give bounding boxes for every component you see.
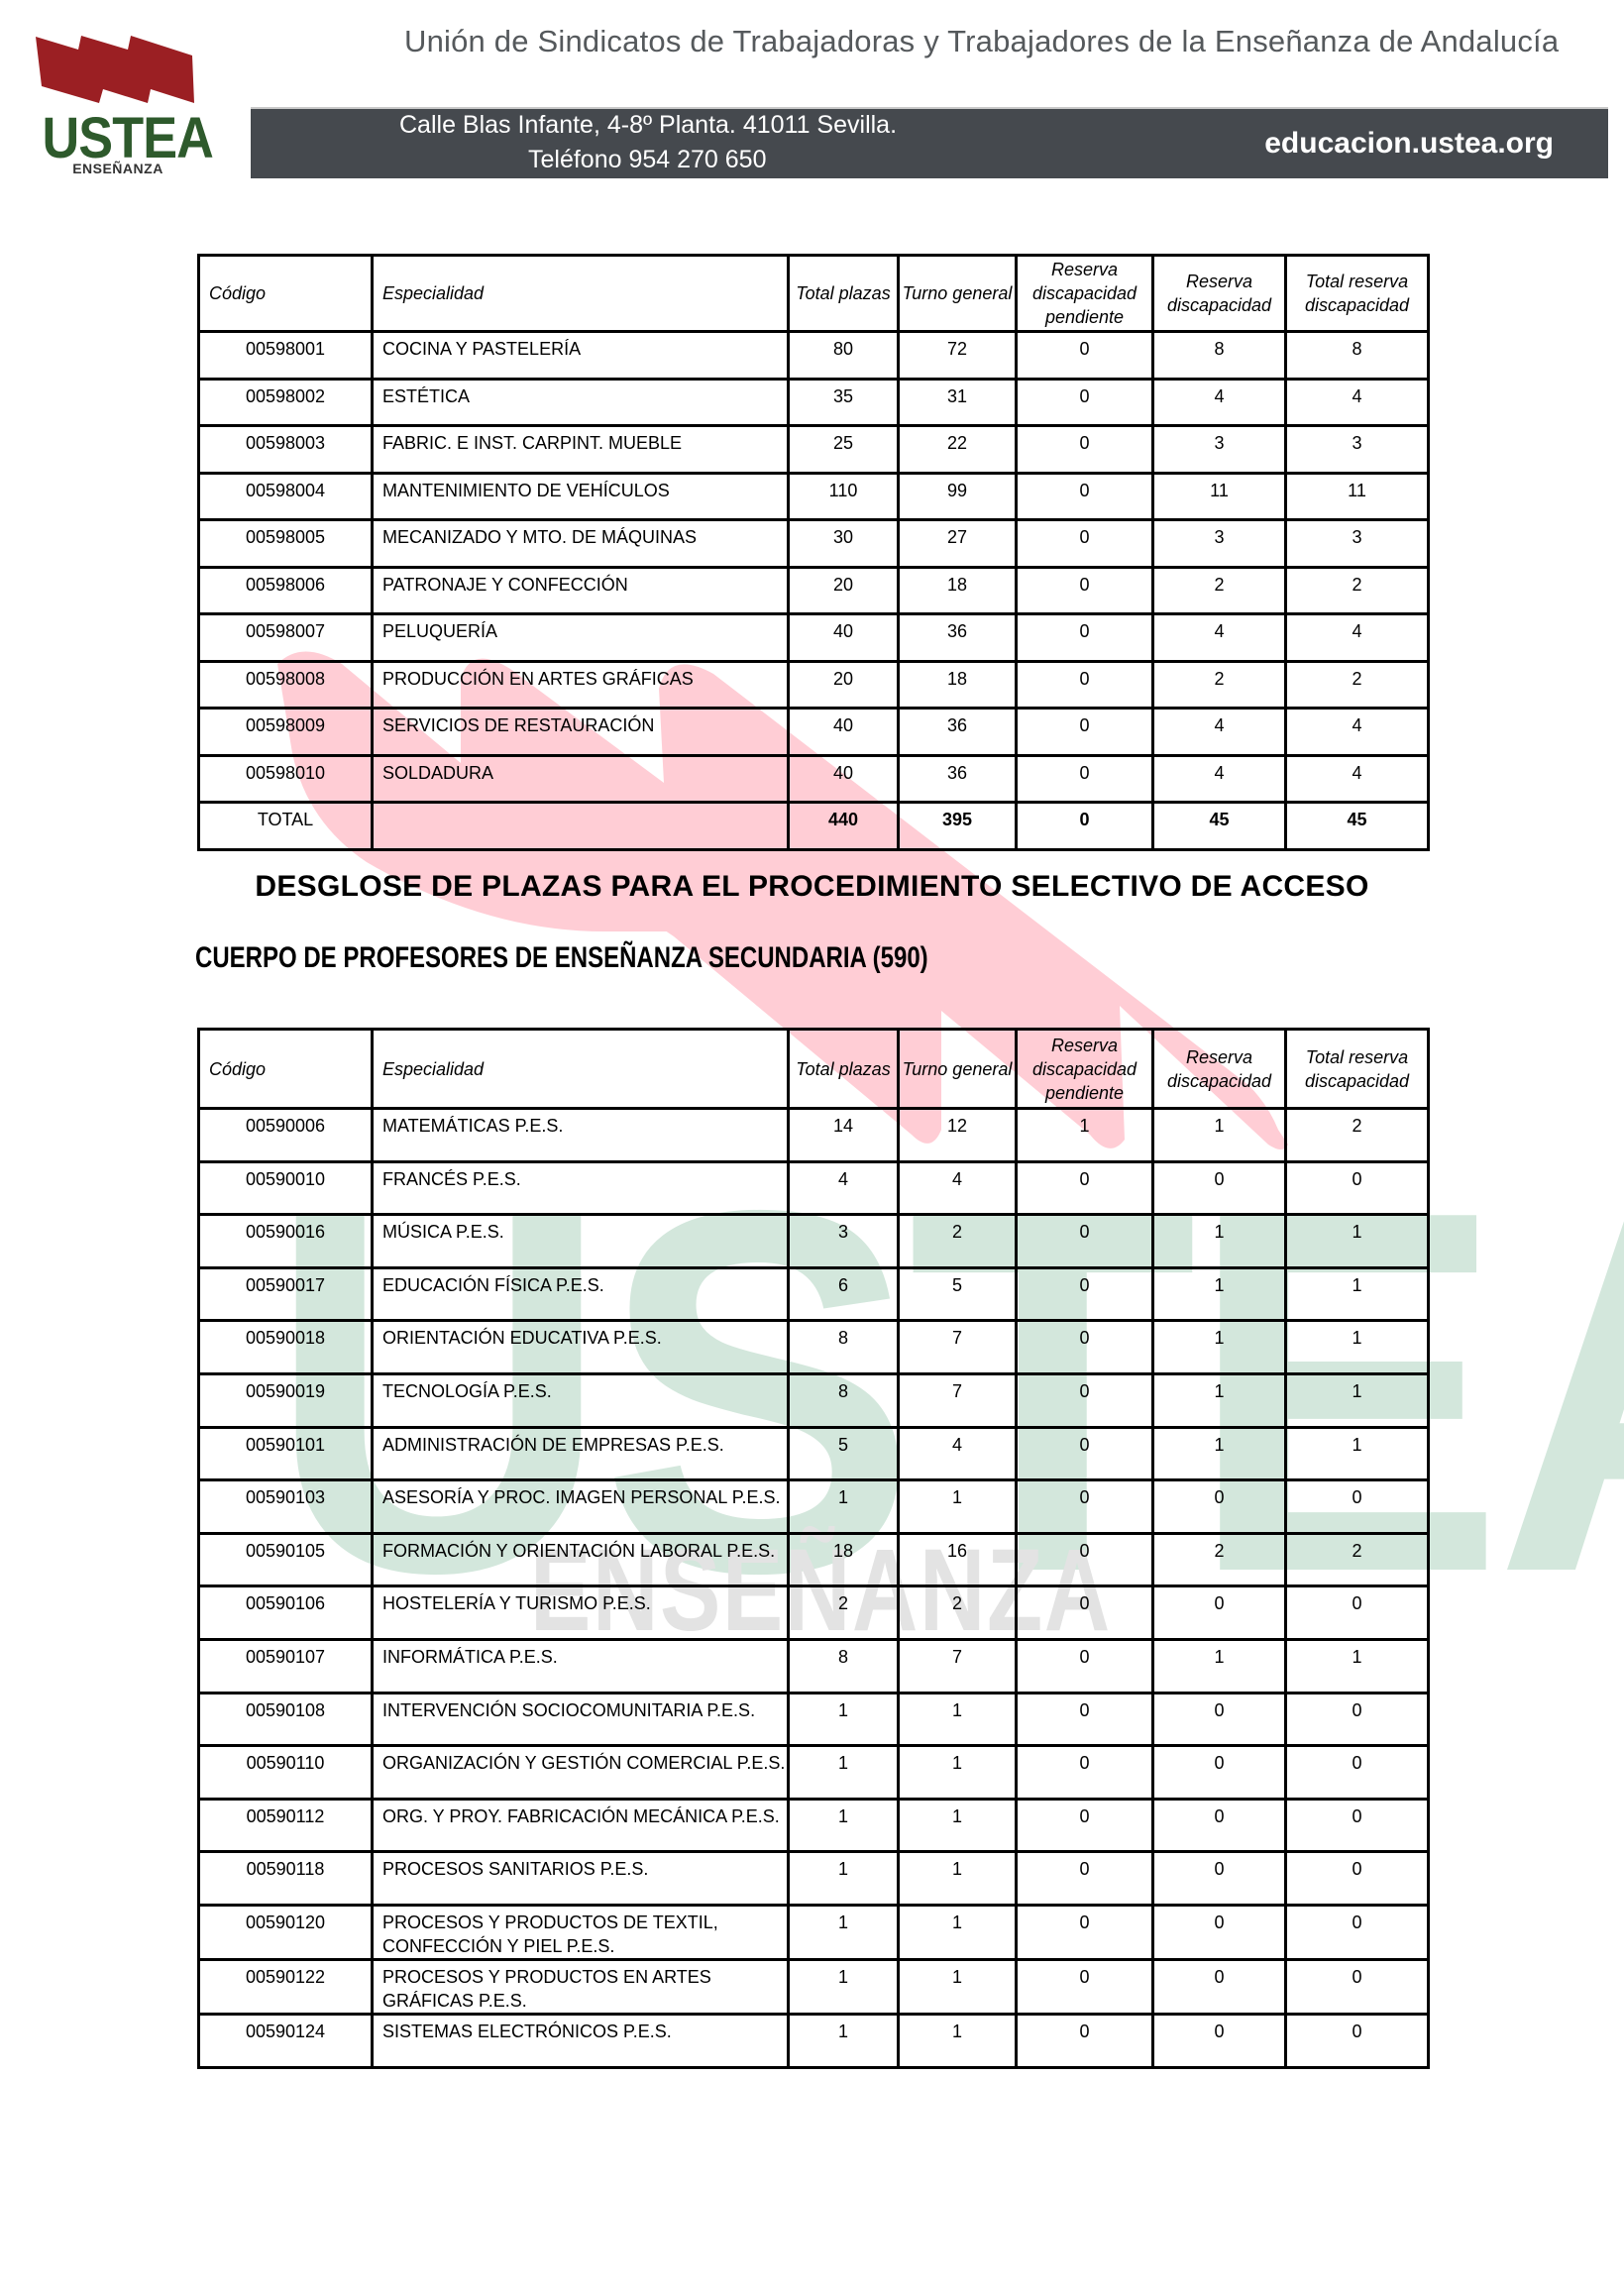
value-cell: 4 [1153, 709, 1286, 756]
value-cell: 22 [899, 426, 1017, 474]
specialty-cell: ORG. Y PROY. FABRICACIÓN MECÁNICA P.E.S. [373, 1799, 789, 1852]
total-value [373, 803, 789, 850]
table-row: 00598001COCINA Y PASTELERÍA8072088 [199, 332, 1429, 380]
column-header: Reserva discapacidad [1153, 1030, 1286, 1109]
table-row: 00590106HOSTELERÍA Y TURISMO P.E.S.22000 [199, 1586, 1429, 1640]
value-cell: 4 [789, 1161, 899, 1215]
code-cell: 00590017 [199, 1267, 373, 1321]
value-cell: 1 [789, 1693, 899, 1746]
value-cell: 0 [1017, 379, 1153, 426]
value-cell: 4 [1153, 614, 1286, 662]
value-cell: 3 [789, 1215, 899, 1268]
table-row: 00590124SISTEMAS ELECTRÓNICOS P.E.S.1100… [199, 2014, 1429, 2067]
table-row: 00598010SOLDADURA4036044 [199, 755, 1429, 803]
value-cell: 31 [899, 379, 1017, 426]
value-cell: 8 [1286, 332, 1429, 380]
column-header: Turno general [899, 256, 1017, 332]
table-row: 00590017EDUCACIÓN FÍSICA P.E.S.65011 [199, 1267, 1429, 1321]
table-header-row: CódigoEspecialidadTotal plazasTurno gene… [199, 256, 1429, 332]
code-cell: 00590101 [199, 1427, 373, 1480]
code-cell: 00598008 [199, 661, 373, 709]
value-cell: 0 [1153, 1905, 1286, 1959]
specialty-cell: PROCESOS Y PRODUCTOS DE TEXTIL, CONFECCI… [373, 1905, 789, 1959]
value-cell: 0 [1017, 520, 1153, 568]
table-row: 00598002ESTÉTICA3531044 [199, 379, 1429, 426]
value-cell: 2 [899, 1215, 1017, 1268]
ustea-logo: USTEA ENSEÑANZA [34, 32, 202, 180]
code-cell: 00598003 [199, 426, 373, 474]
value-cell: 0 [1286, 1746, 1429, 1800]
value-cell: 1 [1286, 1427, 1429, 1480]
value-cell: 0 [1153, 1693, 1286, 1746]
table-row: 00590120PROCESOS Y PRODUCTOS DE TEXTIL, … [199, 1905, 1429, 1959]
value-cell: 3 [1286, 426, 1429, 474]
specialty-cell: FABRIC. E INST. CARPINT. MUEBLE [373, 426, 789, 474]
value-cell: 1 [899, 1959, 1017, 2014]
plazas-table-590: CódigoEspecialidadTotal plazasTurno gene… [197, 1028, 1430, 2069]
column-header: Total reserva discapacidad [1286, 1030, 1429, 1109]
table-row: 00590110ORGANIZACIÓN Y GESTIÓN COMERCIAL… [199, 1746, 1429, 1800]
value-cell: 0 [1017, 2014, 1153, 2067]
value-cell: 0 [1153, 1852, 1286, 1906]
value-cell: 0 [1017, 1905, 1153, 1959]
value-cell: 1 [1017, 1109, 1153, 1162]
table-row: 00590006MATEMÁTICAS P.E.S.1412112 [199, 1109, 1429, 1162]
value-cell: 8 [789, 1321, 899, 1374]
specialty-cell: TECNOLOGÍA P.E.S. [373, 1373, 789, 1427]
value-cell: 2 [1286, 661, 1429, 709]
column-header: Código [199, 1030, 373, 1109]
value-cell: 1 [1286, 1215, 1429, 1268]
value-cell: 0 [1017, 1373, 1153, 1427]
value-cell: 4 [1286, 755, 1429, 803]
logo-subtext: ENSEÑANZA [34, 161, 202, 176]
code-cell: 00598007 [199, 614, 373, 662]
value-cell: 1 [789, 2014, 899, 2067]
value-cell: 4 [899, 1161, 1017, 1215]
value-cell: 2 [1153, 1533, 1286, 1586]
value-cell: 4 [1286, 614, 1429, 662]
value-cell: 4 [1286, 379, 1429, 426]
value-cell: 1 [1153, 1639, 1286, 1693]
value-cell: 1 [899, 2014, 1017, 2067]
value-cell: 6 [789, 1267, 899, 1321]
value-cell: 0 [1017, 1321, 1153, 1374]
specialty-cell: SOLDADURA [373, 755, 789, 803]
code-cell: 00598004 [199, 473, 373, 520]
value-cell: 20 [789, 661, 899, 709]
value-cell: 0 [1017, 661, 1153, 709]
total-value: 0 [1017, 803, 1153, 850]
table-row: 00590112ORG. Y PROY. FABRICACIÓN MECÁNIC… [199, 1799, 1429, 1852]
value-cell: 0 [1017, 1533, 1153, 1586]
value-cell: 110 [789, 473, 899, 520]
value-cell: 72 [899, 332, 1017, 380]
value-cell: 14 [789, 1109, 899, 1162]
value-cell: 0 [1017, 567, 1153, 614]
specialty-cell: PATRONAJE Y CONFECCIÓN [373, 567, 789, 614]
specialty-cell: SERVICIOS DE RESTAURACIÓN [373, 709, 789, 756]
value-cell: 40 [789, 614, 899, 662]
value-cell: 4 [1286, 709, 1429, 756]
value-cell: 5 [789, 1427, 899, 1480]
value-cell: 1 [1153, 1215, 1286, 1268]
column-header: Reserva discapacidad pendiente [1017, 256, 1153, 332]
logo-wordmark: USTEA [43, 109, 194, 168]
total-value: 395 [899, 803, 1017, 850]
specialty-cell: ORGANIZACIÓN Y GESTIÓN COMERCIAL P.E.S. [373, 1746, 789, 1800]
value-cell: 2 [1286, 1533, 1429, 1586]
specialty-cell: ESTÉTICA [373, 379, 789, 426]
value-cell: 1 [789, 1959, 899, 2014]
code-cell: 00590019 [199, 1373, 373, 1427]
value-cell: 0 [1017, 1215, 1153, 1268]
code-cell: 00590118 [199, 1852, 373, 1906]
value-cell: 1 [899, 1799, 1017, 1852]
value-cell: 0 [1017, 1959, 1153, 2014]
value-cell: 0 [1286, 1905, 1429, 1959]
value-cell: 0 [1153, 1799, 1286, 1852]
value-cell: 18 [899, 661, 1017, 709]
value-cell: 0 [1153, 1161, 1286, 1215]
table-row: 00590108INTERVENCIÓN SOCIOCOMUNITARIA P.… [199, 1693, 1429, 1746]
column-header: Total reserva discapacidad [1286, 256, 1429, 332]
value-cell: 36 [899, 614, 1017, 662]
table-header-row: CódigoEspecialidadTotal plazasTurno gene… [199, 1030, 1429, 1109]
value-cell: 2 [789, 1586, 899, 1640]
specialty-cell: MANTENIMIENTO DE VEHÍCULOS [373, 473, 789, 520]
value-cell: 18 [899, 567, 1017, 614]
code-cell: 00590108 [199, 1693, 373, 1746]
value-cell: 0 [1017, 1267, 1153, 1321]
value-cell: 1 [1286, 1321, 1429, 1374]
value-cell: 0 [1017, 1693, 1153, 1746]
specialty-cell: SISTEMAS ELECTRÓNICOS P.E.S. [373, 2014, 789, 2067]
specialty-cell: INFORMÁTICA P.E.S. [373, 1639, 789, 1693]
value-cell: 1 [899, 1746, 1017, 1800]
value-cell: 16 [899, 1533, 1017, 1586]
column-header: Especialidad [373, 256, 789, 332]
value-cell: 0 [1017, 1799, 1153, 1852]
value-cell: 7 [899, 1373, 1017, 1427]
table-row: 00598004MANTENIMIENTO DE VEHÍCULOS110990… [199, 473, 1429, 520]
value-cell: 0 [1286, 2014, 1429, 2067]
header-bar: Calle Blas Infante, 4-8º Planta. 41011 S… [251, 107, 1608, 178]
value-cell: 1 [789, 1746, 899, 1800]
value-cell: 8 [789, 1373, 899, 1427]
value-cell: 36 [899, 755, 1017, 803]
column-header: Código [199, 256, 373, 332]
value-cell: 0 [1017, 709, 1153, 756]
table-row: 00598005MECANIZADO Y MTO. DE MÁQUINAS302… [199, 520, 1429, 568]
value-cell: 0 [1017, 1746, 1153, 1800]
value-cell: 4 [1153, 755, 1286, 803]
value-cell: 12 [899, 1109, 1017, 1162]
value-cell: 0 [1017, 426, 1153, 474]
code-cell: 00590103 [199, 1480, 373, 1534]
specialty-cell: INTERVENCIÓN SOCIOCOMUNITARIA P.E.S. [373, 1693, 789, 1746]
specialty-cell: ASESORÍA Y PROC. IMAGEN PERSONAL P.E.S. [373, 1480, 789, 1534]
value-cell: 2 [1286, 567, 1429, 614]
code-cell: 00598002 [199, 379, 373, 426]
code-cell: 00590105 [199, 1533, 373, 1586]
code-cell: 00590016 [199, 1215, 373, 1268]
value-cell: 25 [789, 426, 899, 474]
table-row: 00590107INFORMÁTICA P.E.S.87011 [199, 1639, 1429, 1693]
value-cell: 0 [1017, 755, 1153, 803]
column-header: Reserva discapacidad [1153, 256, 1286, 332]
value-cell: 1 [789, 1852, 899, 1906]
total-row: TOTAL44039504545 [199, 803, 1429, 850]
value-cell: 0 [1153, 1746, 1286, 1800]
value-cell: 20 [789, 567, 899, 614]
code-cell: 00598006 [199, 567, 373, 614]
value-cell: 99 [899, 473, 1017, 520]
website-link[interactable]: educacion.ustea.org [1264, 127, 1554, 161]
value-cell: 40 [789, 755, 899, 803]
value-cell: 2 [1153, 661, 1286, 709]
body-heading: CUERPO DE PROFESORES DE ENSEÑANZA SECUND… [195, 941, 928, 975]
value-cell: 1 [789, 1480, 899, 1534]
code-cell: 00590122 [199, 1959, 373, 2014]
specialty-cell: FORMACIÓN Y ORIENTACIÓN LABORAL P.E.S. [373, 1533, 789, 1586]
value-cell: 0 [1153, 1586, 1286, 1640]
value-cell: 2 [899, 1586, 1017, 1640]
value-cell: 3 [1286, 520, 1429, 568]
table-row: 00590010FRANCÉS P.E.S.44000 [199, 1161, 1429, 1215]
value-cell: 0 [1017, 1427, 1153, 1480]
value-cell: 1 [1153, 1427, 1286, 1480]
value-cell: 0 [1286, 1480, 1429, 1534]
value-cell: 30 [789, 520, 899, 568]
value-cell: 0 [1153, 1959, 1286, 2014]
specialty-cell: PELUQUERÍA [373, 614, 789, 662]
value-cell: 0 [1017, 1480, 1153, 1534]
table-row: 00590103ASESORÍA Y PROC. IMAGEN PERSONAL… [199, 1480, 1429, 1534]
table-row: 00590018ORIENTACIÓN EDUCATIVA P.E.S.8701… [199, 1321, 1429, 1374]
value-cell: 0 [1153, 1480, 1286, 1534]
total-value: 45 [1153, 803, 1286, 850]
table-row: 00590019TECNOLOGÍA P.E.S.87011 [199, 1373, 1429, 1427]
specialty-cell: PROCESOS SANITARIOS P.E.S. [373, 1852, 789, 1906]
value-cell: 2 [1286, 1109, 1429, 1162]
code-cell: 00590006 [199, 1109, 373, 1162]
value-cell: 0 [1017, 332, 1153, 380]
section-heading: DESGLOSE DE PLAZAS PARA EL PROCEDIMIENTO… [197, 870, 1427, 904]
table-row: 00598006PATRONAJE Y CONFECCIÓN2018022 [199, 567, 1429, 614]
plazas-table-598: CódigoEspecialidadTotal plazasTurno gene… [197, 254, 1430, 851]
specialty-cell: PROCESOS Y PRODUCTOS EN ARTES GRÁFICAS P… [373, 1959, 789, 2014]
code-cell: 00598001 [199, 332, 373, 380]
code-cell: 00590010 [199, 1161, 373, 1215]
specialty-cell: COCINA Y PASTELERÍA [373, 332, 789, 380]
value-cell: 1 [1286, 1373, 1429, 1427]
specialty-cell: EDUCACIÓN FÍSICA P.E.S. [373, 1267, 789, 1321]
value-cell: 2 [1153, 567, 1286, 614]
flag-logo-icon [34, 32, 202, 111]
specialty-cell: MECANIZADO Y MTO. DE MÁQUINAS [373, 520, 789, 568]
value-cell: 1 [1286, 1267, 1429, 1321]
value-cell: 1 [1153, 1321, 1286, 1374]
code-cell: 00590107 [199, 1639, 373, 1693]
value-cell: 0 [1286, 1586, 1429, 1640]
value-cell: 1 [899, 1480, 1017, 1534]
value-cell: 1 [899, 1905, 1017, 1959]
value-cell: 1 [1153, 1267, 1286, 1321]
value-cell: 11 [1286, 473, 1429, 520]
value-cell: 27 [899, 520, 1017, 568]
code-cell: 00590106 [199, 1586, 373, 1640]
value-cell: 0 [1286, 1959, 1429, 2014]
table-row: 00590122PROCESOS Y PRODUCTOS EN ARTES GR… [199, 1959, 1429, 2014]
address: Calle Blas Infante, 4-8º Planta. 41011 S… [399, 111, 897, 140]
code-cell: 00598009 [199, 709, 373, 756]
value-cell: 1 [1286, 1639, 1429, 1693]
specialty-cell: MATEMÁTICAS P.E.S. [373, 1109, 789, 1162]
value-cell: 1 [789, 1905, 899, 1959]
table-row: 00590101ADMINISTRACIÓN DE EMPRESAS P.E.S… [199, 1427, 1429, 1480]
value-cell: 4 [1153, 379, 1286, 426]
code-cell: 00590018 [199, 1321, 373, 1374]
table-row: 00598007PELUQUERÍA4036044 [199, 614, 1429, 662]
value-cell: 8 [1153, 332, 1286, 380]
value-cell: 0 [1286, 1693, 1429, 1746]
value-cell: 40 [789, 709, 899, 756]
phone: Teléfono 954 270 650 [528, 146, 767, 174]
value-cell: 8 [789, 1639, 899, 1693]
value-cell: 0 [1286, 1852, 1429, 1906]
table-row: 00590118PROCESOS SANITARIOS P.E.S.11000 [199, 1852, 1429, 1906]
value-cell: 3 [1153, 426, 1286, 474]
value-cell: 1 [899, 1693, 1017, 1746]
specialty-cell: HOSTELERÍA Y TURISMO P.E.S. [373, 1586, 789, 1640]
value-cell: 18 [789, 1533, 899, 1586]
specialty-cell: ADMINISTRACIÓN DE EMPRESAS P.E.S. [373, 1427, 789, 1480]
value-cell: 11 [1153, 473, 1286, 520]
value-cell: 36 [899, 709, 1017, 756]
value-cell: 0 [1017, 1161, 1153, 1215]
code-cell: 00590110 [199, 1746, 373, 1800]
specialty-cell: FRANCÉS P.E.S. [373, 1161, 789, 1215]
value-cell: 1 [1153, 1109, 1286, 1162]
specialty-cell: ORIENTACIÓN EDUCATIVA P.E.S. [373, 1321, 789, 1374]
code-cell: 00590112 [199, 1799, 373, 1852]
value-cell: 0 [1017, 473, 1153, 520]
code-cell: 00598010 [199, 755, 373, 803]
total-value: 45 [1286, 803, 1429, 850]
value-cell: 1 [789, 1799, 899, 1852]
table-row: 00598003FABRIC. E INST. CARPINT. MUEBLE2… [199, 426, 1429, 474]
value-cell: 0 [1017, 1639, 1153, 1693]
value-cell: 0 [1153, 2014, 1286, 2067]
table-row: 00598009SERVICIOS DE RESTAURACIÓN4036044 [199, 709, 1429, 756]
column-header: Reserva discapacidad pendiente [1017, 1030, 1153, 1109]
value-cell: 7 [899, 1321, 1017, 1374]
value-cell: 80 [789, 332, 899, 380]
total-label: TOTAL [199, 803, 373, 850]
value-cell: 1 [899, 1852, 1017, 1906]
code-cell: 00590124 [199, 2014, 373, 2067]
value-cell: 3 [1153, 520, 1286, 568]
value-cell: 4 [899, 1427, 1017, 1480]
value-cell: 35 [789, 379, 899, 426]
code-cell: 00598005 [199, 520, 373, 568]
table-row: 00598008PRODUCCIÓN EN ARTES GRÁFICAS2018… [199, 661, 1429, 709]
column-header: Total plazas [789, 256, 899, 332]
table-row: 00590105FORMACIÓN Y ORIENTACIÓN LABORAL … [199, 1533, 1429, 1586]
value-cell: 0 [1286, 1161, 1429, 1215]
value-cell: 1 [1153, 1373, 1286, 1427]
column-header: Especialidad [373, 1030, 789, 1109]
value-cell: 0 [1286, 1799, 1429, 1852]
code-cell: 00590120 [199, 1905, 373, 1959]
specialty-cell: PRODUCCIÓN EN ARTES GRÁFICAS [373, 661, 789, 709]
organization-title: Unión de Sindicatos de Trabajadoras y Tr… [404, 24, 1559, 59]
table-row: 00590016MÚSICA P.E.S.32011 [199, 1215, 1429, 1268]
value-cell: 0 [1017, 1586, 1153, 1640]
value-cell: 0 [1017, 1852, 1153, 1906]
value-cell: 7 [899, 1639, 1017, 1693]
specialty-cell: MÚSICA P.E.S. [373, 1215, 789, 1268]
total-value: 440 [789, 803, 899, 850]
column-header: Turno general [899, 1030, 1017, 1109]
column-header: Total plazas [789, 1030, 899, 1109]
value-cell: 5 [899, 1267, 1017, 1321]
value-cell: 0 [1017, 614, 1153, 662]
